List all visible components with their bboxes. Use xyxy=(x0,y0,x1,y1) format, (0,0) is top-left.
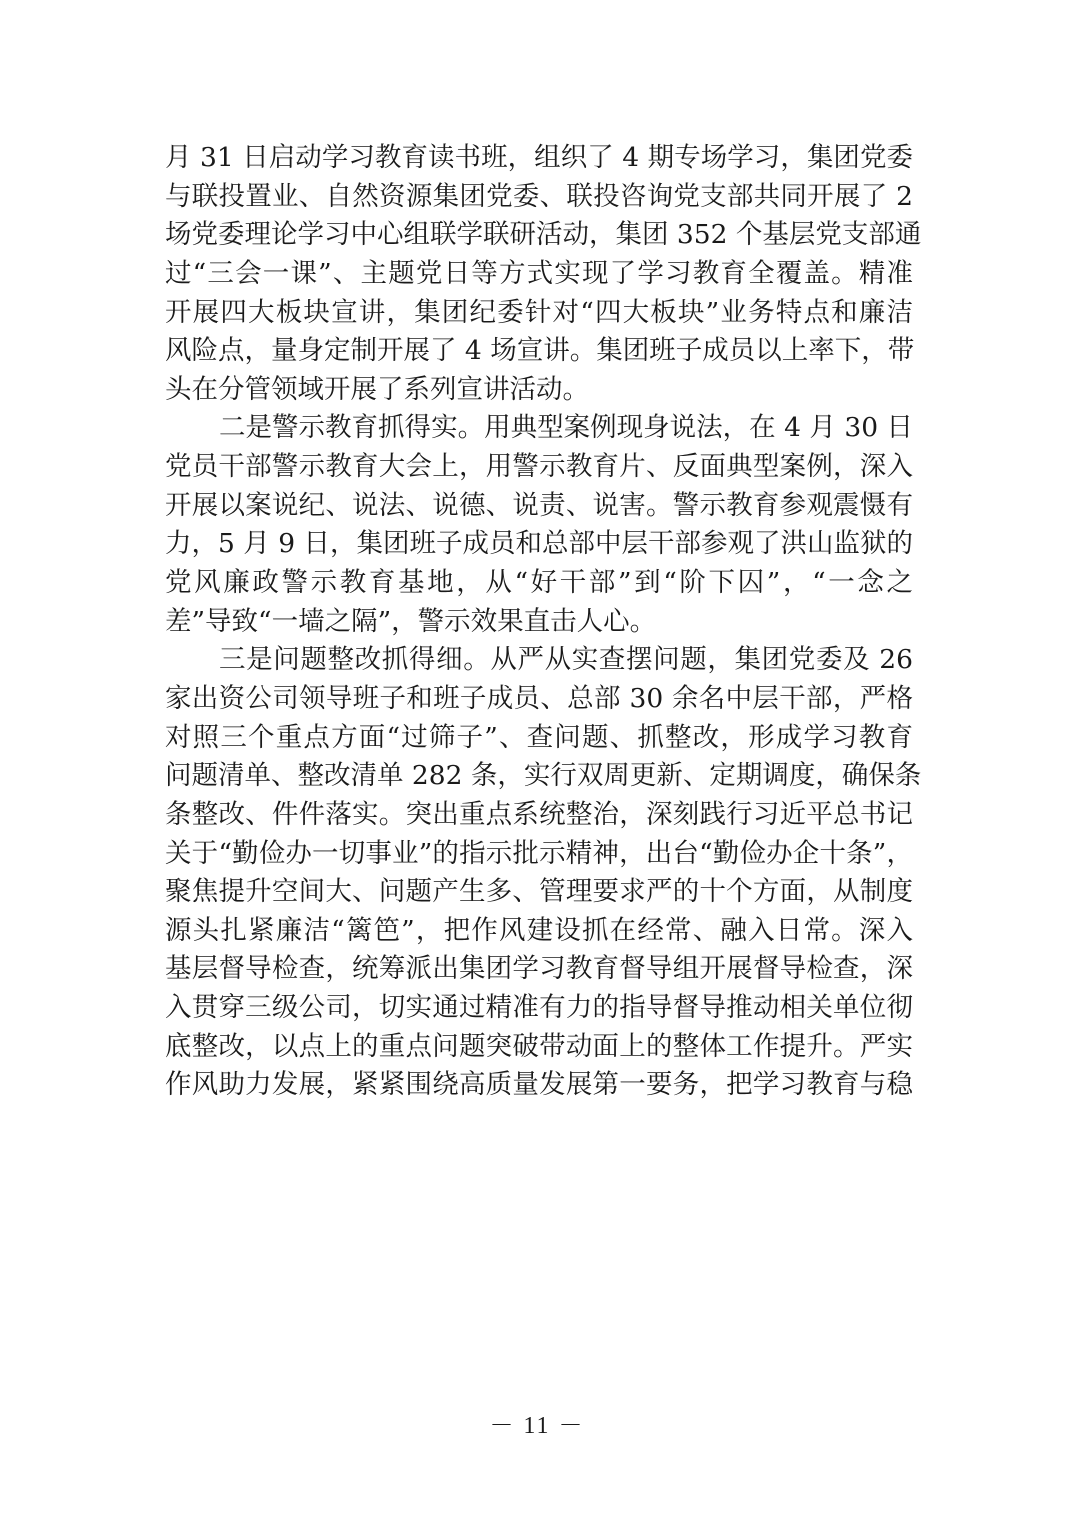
text-line: 底整改，以点上的重点问题突破带动面上的整体工作提升。严实 xyxy=(165,1028,913,1067)
text-line: 作风助力发展，紧紧围绕高质量发展第一要务，把学习教育与稳 xyxy=(165,1066,913,1105)
text-line: 问题清单、整改清单 282 条，实行双周更新、定期调度，确保条 xyxy=(165,757,913,796)
text-line: 入贯穿三级公司，切实通过精准有力的指导督导推动相关单位彻 xyxy=(165,989,913,1028)
text-line: 差”导致“一墙之隔”，警示效果直击人心。 xyxy=(165,603,913,642)
text-line: 场党委理论学习中心组联学联研活动，集团 352 个基层党支部通 xyxy=(165,216,913,255)
text-line: 力，5 月 9 日，集团班子成员和总部中层干部参观了洪山监狱的 xyxy=(165,525,913,564)
text-line: 党风廉政警示教育基地，从“好干部”到“阶下囚”，“一念之 xyxy=(165,564,913,603)
document-page: 月 31 日启动学习教育读书班，组织了 4 期专场学习，集团党委 与联投置业、自… xyxy=(0,0,1074,1520)
paragraph-problem-rectification: 三是问题整改抓得细。从严从实查摆问题，集团党委及 26 家出资公司领导班子和班子… xyxy=(165,641,913,1105)
paragraph-warning-education: 二是警示教育抓得实。用典型案例现身说法，在 4 月 30 日 党员干部警示教育大… xyxy=(165,409,913,641)
text-line: 家出资公司领导班子和班子成员、总部 30 余名中层干部，严格 xyxy=(165,680,913,719)
text-line: 与联投置业、自然资源集团党委、联投咨询党支部共同开展了 2 xyxy=(165,178,913,217)
text-line: 头在分管领域开展了系列宣讲活动。 xyxy=(165,371,913,410)
text-line: 基层督导检查，统筹派出集团学习教育督导组开展督导检查，深 xyxy=(165,950,913,989)
text-line: 开展以案说纪、说法、说德、说责、说害。警示教育参观震慑有 xyxy=(165,487,913,526)
body-text: 月 31 日启动学习教育读书班，组织了 4 期专场学习，集团党委 与联投置业、自… xyxy=(165,139,913,1105)
text-line: 月 31 日启动学习教育读书班，组织了 4 期专场学习，集团党委 xyxy=(165,139,913,178)
paragraph-study-activities: 月 31 日启动学习教育读书班，组织了 4 期专场学习，集团党委 与联投置业、自… xyxy=(165,139,913,409)
text-line: 二是警示教育抓得实。用典型案例现身说法，在 4 月 30 日 xyxy=(165,409,913,448)
text-line: 过“三会一课”、主题党日等方式实现了学习教育全覆盖。精准 xyxy=(165,255,913,294)
text-line: 条整改、件件落实。突出重点系统整治，深刻践行习近平总书记 xyxy=(165,796,913,835)
text-line: 开展四大板块宣讲，集团纪委针对“四大板块”业务特点和廉洁 xyxy=(165,294,913,333)
text-line: 源头扎紧廉洁“篱笆”，把作风建设抓在经常、融入日常。深入 xyxy=(165,912,913,951)
text-line: 党员干部警示教育大会上，用警示教育片、反面典型案例，深入 xyxy=(165,448,913,487)
text-line: 风险点，量身定制开展了 4 场宣讲。集团班子成员以上率下，带 xyxy=(165,332,913,371)
text-line: 对照三个重点方面“过筛子”、查问题、抓整改，形成学习教育 xyxy=(165,719,913,758)
text-line: 聚焦提升空间大、问题产生多、管理要求严的十个方面，从制度 xyxy=(165,873,913,912)
text-line: 关于“勤俭办一切事业”的指示批示精神，出台“勤俭办企十条”， xyxy=(165,835,913,874)
text-line: 三是问题整改抓得细。从严从实查摆问题，集团党委及 26 xyxy=(165,641,913,680)
page-number: － 11 － xyxy=(0,1405,1074,1440)
